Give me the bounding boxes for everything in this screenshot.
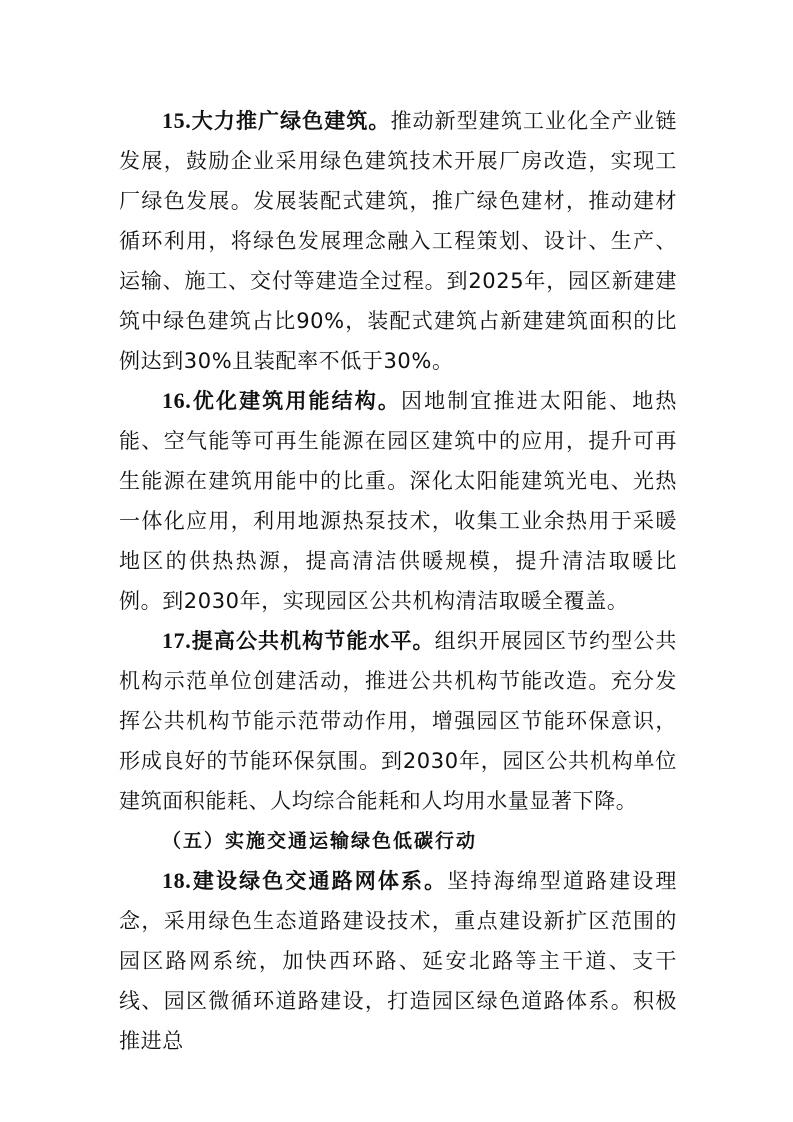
item-body: 推动新型建筑工业化全产业链发展，鼓励企业采用绿色建筑技术开展厂房改造，实现工厂绿… bbox=[119, 109, 677, 373]
item-body: 坚持海绵型道路建设理念，采用绿色生态道路建设技术，重点建设新扩区范围的园区路网系… bbox=[119, 869, 677, 1053]
item-body: 因地制宜推进太阳能、地热能、空气能等可再生能源在园区建筑中的应用，提升可再生能源… bbox=[119, 389, 677, 613]
paragraph-item-16: 16.优化建筑用能结构。因地制宜推进太阳能、地热能、空气能等可再生能源在园区建筑… bbox=[119, 381, 677, 621]
section-heading: （五）实施交通运输绿色低碳行动 bbox=[119, 821, 677, 861]
item-number: 18. bbox=[162, 868, 191, 893]
item-title: 优化建筑用能结构。 bbox=[191, 389, 401, 413]
item-number: 15. bbox=[162, 108, 191, 133]
paragraph-item-15: 15.大力推广绿色建筑。推动新型建筑工业化全产业链发展，鼓励企业采用绿色建筑技术… bbox=[119, 101, 677, 381]
document-page: 15.大力推广绿色建筑。推动新型建筑工业化全产业链发展，鼓励企业采用绿色建筑技术… bbox=[119, 101, 677, 1061]
item-title: 建设绿色交通路网体系。 bbox=[191, 869, 447, 893]
item-title: 大力推广绿色建筑。 bbox=[191, 109, 390, 133]
item-number: 16. bbox=[162, 388, 191, 413]
paragraph-item-18: 18.建设绿色交通路网体系。坚持海绵型道路建设理念，采用绿色生态道路建设技术，重… bbox=[119, 861, 677, 1061]
item-body: 组织开展园区节约型公共机构示范单位创建活动，推进公共机构节能改造。充分发挥公共机… bbox=[119, 629, 677, 813]
paragraph-item-17: 17.提高公共机构节能水平。组织开展园区节约型公共机构示范单位创建活动，推进公共… bbox=[119, 621, 677, 821]
item-number: 17. bbox=[162, 628, 191, 653]
item-title: 提高公共机构节能水平。 bbox=[191, 629, 434, 653]
